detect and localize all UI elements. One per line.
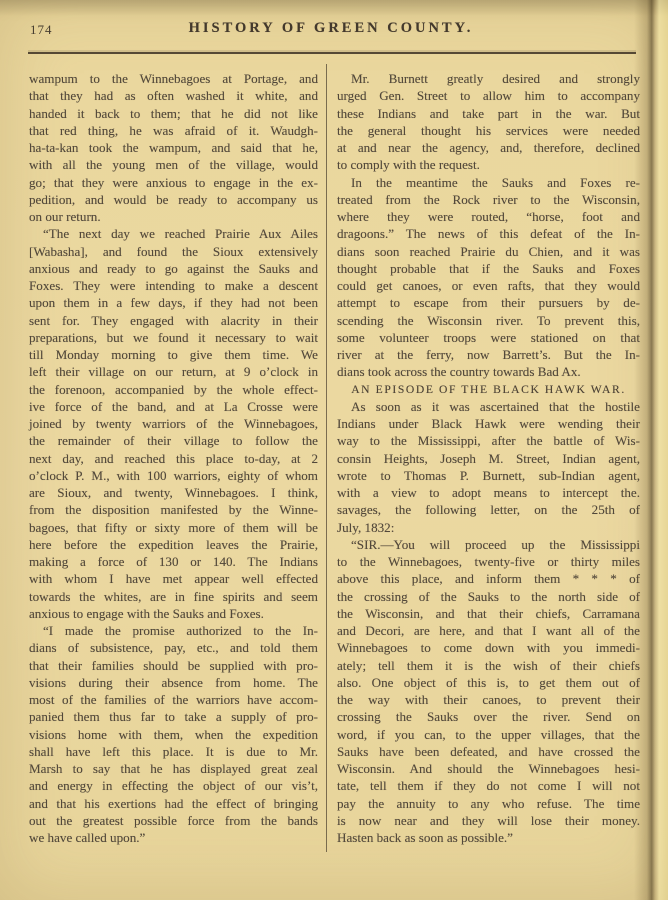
text-line: above this place, and inform them * * * … <box>337 570 640 587</box>
text-line: to comply with the request. <box>337 156 640 173</box>
paragraph: “The next day we reached Prairie Aux Ail… <box>29 225 318 622</box>
right-text-column: Mr. Burnett greatly desired and strongly… <box>337 70 640 846</box>
heading-line: AN EPISODE OF THE BLACK HAWK WAR. <box>337 381 640 398</box>
text-line: tate, tell them if they do not come I wi… <box>337 777 640 794</box>
text-line: pay the annuity to any who refuse. The t… <box>337 795 640 812</box>
text-line: next day, and reached this place to-day,… <box>29 450 318 467</box>
text-line: upon them in a few days, if they had not… <box>29 294 318 311</box>
text-line: preparations, but we found it necessary … <box>29 329 318 346</box>
text-line: way to the Mississippi, after the battle… <box>337 432 640 449</box>
text-line: the Wisconsin, and that their chiefs, Ca… <box>337 605 640 622</box>
text-line: In the meantime the Sauks and Foxes re- <box>337 174 640 191</box>
text-line: Indians under Black Hawk were wending th… <box>337 415 640 432</box>
text-line: pedition, and would be ready to accompan… <box>29 191 318 208</box>
text-line: till Monday morning to give them time. W… <box>29 346 318 363</box>
text-line: dragoons.” The news of this defeat of th… <box>337 225 640 242</box>
text-line: and Decori, are here, and that I want al… <box>337 622 640 639</box>
paragraph: Mr. Burnett greatly desired and strongly… <box>337 70 640 174</box>
header-rule <box>28 52 636 54</box>
text-line: “I made the promise authorized to the In… <box>29 622 318 639</box>
text-line: consin Heights, Joseph M. Street, Indian… <box>337 450 640 467</box>
paragraph: “I made the promise authorized to the In… <box>29 622 318 846</box>
text-line: ha-ta-kan took the wampum, and said that… <box>29 139 318 156</box>
text-line: and energy in effecting the object of ou… <box>29 777 318 794</box>
text-line: scending the Wisconsin river. To prevent… <box>337 312 640 329</box>
text-line: dians soon reached Prairie du Chien, and… <box>337 243 640 260</box>
text-line: could get canoes, or even rafts, that th… <box>337 277 640 294</box>
text-line: out the greatest possible force from the… <box>29 812 318 829</box>
text-line: savages, the following letter, on the 25… <box>337 501 640 518</box>
text-line: on our return. <box>29 208 318 225</box>
text-line: Foxes. They were intending to make a des… <box>29 277 318 294</box>
text-line: also. One object of this is, to get them… <box>337 674 640 691</box>
text-line: where they were routed, “horse, foot and <box>337 208 640 225</box>
paragraph: As soon as it was ascertained that the h… <box>337 398 640 536</box>
text-line: go; that they were anxious to engage in … <box>29 174 318 191</box>
text-line: that red thing, he was afraid of it. Wau… <box>29 122 318 139</box>
text-line: these Indians and take part in the war. … <box>337 105 640 122</box>
text-line: the forenoon, accompanied by the whole e… <box>29 381 318 398</box>
text-line: are Sioux, and twenty, Winnebagoes. I th… <box>29 484 318 501</box>
text-line: is now near and they will lose their mon… <box>337 812 640 829</box>
book-page-scan: 174 HISTORY OF GREEN COUNTY. wampum to t… <box>0 0 668 900</box>
text-line: word, if you can, to the upper villages,… <box>337 726 640 743</box>
text-line: wampum to the Winnebagoes at Portage, an… <box>29 70 318 87</box>
text-line: visions during their absence from home. … <box>29 674 318 691</box>
text-line: towards the whites, are in fine spirits … <box>29 588 318 605</box>
running-header: 174 HISTORY OF GREEN COUNTY. <box>28 20 634 40</box>
text-line: making a force of 130 or 140. The Indian… <box>29 553 318 570</box>
text-line: anxious and ready to go against the Sauk… <box>29 260 318 277</box>
text-line: [Wabasha], and found the Sioux extensive… <box>29 243 318 260</box>
page-title: HISTORY OF GREEN COUNTY. <box>28 20 634 37</box>
text-line: shall have left this place. It is due to… <box>29 743 318 760</box>
text-line: here before the expedition leaves the Pr… <box>29 536 318 553</box>
left-text-column: wampum to the Winnebagoes at Portage, an… <box>29 70 318 846</box>
text-line: to the Winnebagoes, twenty-five or thirt… <box>337 553 640 570</box>
text-line: dians took across the country towards Ba… <box>337 363 640 380</box>
text-line: handed it back to them; that he did not … <box>29 105 318 122</box>
section-heading: AN EPISODE OF THE BLACK HAWK WAR. <box>337 381 640 398</box>
text-line: wrote to Thomas P. Burnett, sub-Indian a… <box>337 467 640 484</box>
text-line: July, 1832: <box>337 519 640 536</box>
paragraph: “SIR.—You will proceed up the Mississipp… <box>337 536 640 847</box>
text-line: with whom I have met appear well effecte… <box>29 570 318 587</box>
text-line: “The next day we reached Prairie Aux Ail… <box>29 225 318 242</box>
text-line: o’clock P. M., with 100 warriors, eighty… <box>29 467 318 484</box>
text-line: from the disposition manifested by the W… <box>29 501 318 518</box>
text-line: Marsh to say that he has displayed great… <box>29 760 318 777</box>
text-line: joined by twenty warriors of the Winneba… <box>29 415 318 432</box>
text-line: ately; tell them it is the wish of their… <box>337 657 640 674</box>
text-line: crossing the Sauks over the river. Send … <box>337 708 640 725</box>
text-line: thought probable that if the Sauks and F… <box>337 260 640 277</box>
text-line: left their village on our return, at 9 o… <box>29 363 318 380</box>
text-line: at and near the agency, and, therefore, … <box>337 139 640 156</box>
text-line: with a view to adopt means to intercept … <box>337 484 640 501</box>
text-line: Mr. Burnett greatly desired and strongly <box>337 70 640 87</box>
text-line: attempt to escape from their pursuers by… <box>337 294 640 311</box>
paragraph: In the meantime the Sauks and Foxes re-t… <box>337 174 640 381</box>
text-line: ive force of the band, and at La Crosse … <box>29 398 318 415</box>
text-line: Sauks have been defeated, and have cross… <box>337 743 640 760</box>
text-line: we have called upon.” <box>29 829 318 846</box>
text-line: As soon as it was ascertained that the h… <box>337 398 640 415</box>
text-line: the remainder of their village to follow… <box>29 432 318 449</box>
paragraph: wampum to the Winnebagoes at Portage, an… <box>29 70 318 225</box>
text-line: treated from the Rock river to the Wisco… <box>337 191 640 208</box>
text-line: sent for. They engaged with alacrity in … <box>29 312 318 329</box>
text-line: and that his exertions had the effect of… <box>29 795 318 812</box>
text-line: urged Gen. Street to allow him to accomp… <box>337 87 640 104</box>
text-line: visions home with them, when the expedit… <box>29 726 318 743</box>
text-line: panied them thus far to take a supply of… <box>29 708 318 725</box>
text-line: most of the families of the warriors hav… <box>29 691 318 708</box>
column-divider-rule <box>326 64 327 852</box>
text-line: Hasten back as soon as possible.” <box>337 829 640 846</box>
text-line: Wisconsin. And should the Winnebagoes he… <box>337 760 640 777</box>
text-line: dians of subsistence, pay, etc., and tol… <box>29 639 318 656</box>
text-line: with all the young men of the village, w… <box>29 156 318 173</box>
text-line: the crossing of the Sauks to the north s… <box>337 588 640 605</box>
text-line: “SIR.—You will proceed up the Mississipp… <box>337 536 640 553</box>
text-line: the way with their canoes, to prevent th… <box>337 691 640 708</box>
text-line: river at the ferry, now Barrett’s. But t… <box>337 346 640 363</box>
text-line: the general thought his services were ne… <box>337 122 640 139</box>
text-line: that their families should be supplied w… <box>29 657 318 674</box>
text-line: anxious to engage with the Sauks and Fox… <box>29 605 318 622</box>
text-line: Winnebagoes to come down with you immedi… <box>337 639 640 656</box>
text-line: some volunteer troops were stationed on … <box>337 329 640 346</box>
text-line: bagoes, that fifty or sixty more of them… <box>29 519 318 536</box>
text-line: that they had as often washed it white, … <box>29 87 318 104</box>
